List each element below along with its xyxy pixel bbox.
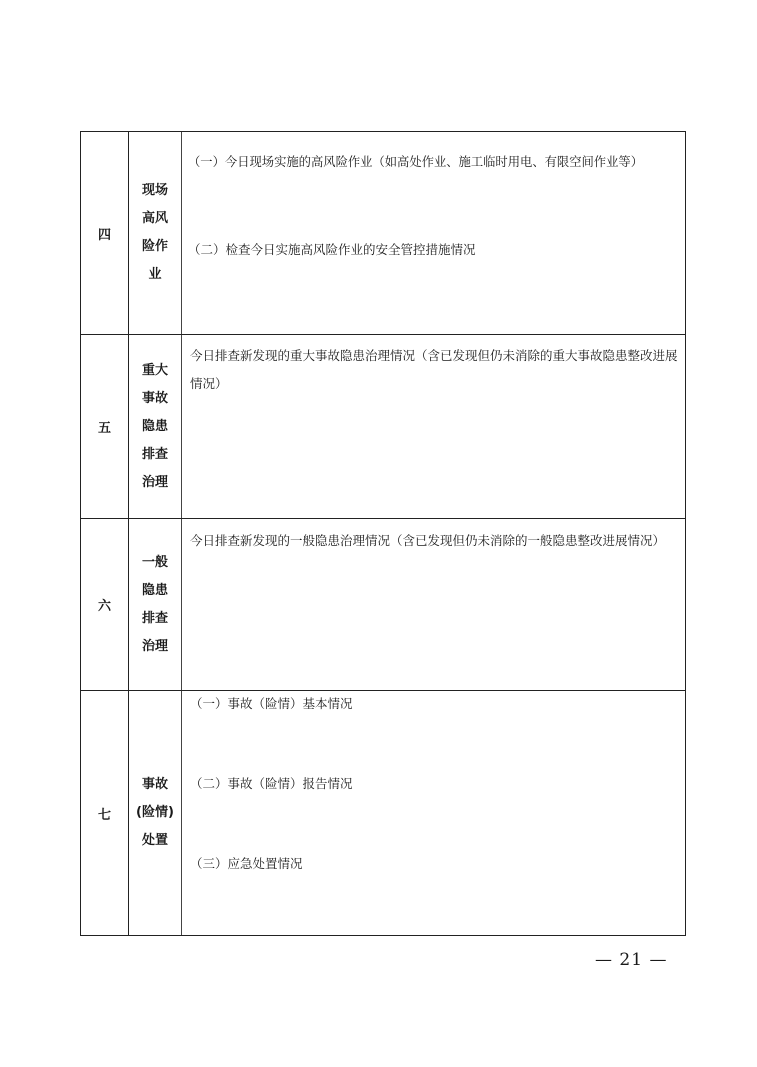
row-number: 七 <box>81 691 129 935</box>
category-line: 处置 <box>142 827 168 855</box>
row-number: 五 <box>81 335 129 518</box>
row-content: 今日排查新发现的重大事故隐患治理情况（含已发现但仍未消除的重大事故隐患整改进展情… <box>182 335 685 518</box>
row-content: 今日排查新发现的一般隐患治理情况（含已发现但仍未消除的一般隐患整改进展情况） <box>182 519 685 690</box>
content-item: （一）今日现场实施的高风险作业（如高处作业、施工临时用电、有限空间作业等） <box>188 148 679 176</box>
row-number: 四 <box>81 132 129 334</box>
row-category: 一般 隐患 排查 治理 <box>129 519 182 690</box>
row-category: 现场 高风 险作 业 <box>129 132 182 334</box>
table-row-5: 五 重大 事故 隐患 排查 治理 今日排查新发现的重大事故隐患治理情况（含已发现… <box>81 334 685 518</box>
content-item: （一）事故（险情）基本情况 <box>190 690 679 718</box>
table-row-4: 四 现场 高风 险作 业 （一）今日现场实施的高风险作业（如高处作业、施工临时用… <box>81 132 685 334</box>
content-item: （二）事故（险情）报告情况 <box>190 770 679 798</box>
row-content: （一）今日现场实施的高风险作业（如高处作业、施工临时用电、有限空间作业等） （二… <box>182 132 685 334</box>
table-row-6: 六 一般 隐患 排查 治理 今日排查新发现的一般隐患治理情况（含已发现但仍未消除… <box>81 518 685 690</box>
content-item: 今日排查新发现的重大事故隐患治理情况（含已发现但仍未消除的重大事故隐患整改进展情… <box>190 342 679 398</box>
content-item: （三）应急处置情况 <box>190 850 679 878</box>
report-table: 四 现场 高风 险作 业 （一）今日现场实施的高风险作业（如高处作业、施工临时用… <box>80 131 686 936</box>
category-line: 隐患 <box>142 577 168 605</box>
page-number: — 21 — <box>595 950 667 970</box>
category-line: 一般 <box>142 549 168 577</box>
category-line: 高风 <box>142 205 168 233</box>
row-number: 六 <box>81 519 129 690</box>
category-line: 事故 <box>142 385 168 413</box>
content-item: 今日排查新发现的一般隐患治理情况（含已发现但仍未消除的一般隐患整改进展情况） <box>190 527 679 555</box>
category-line: 事故 <box>142 771 168 799</box>
category-line: 险作 <box>142 233 168 261</box>
category-line: 排查 <box>142 441 168 469</box>
category-line: 业 <box>148 261 161 289</box>
row-category: 重大 事故 隐患 排查 治理 <box>129 335 182 518</box>
category-line: 排查 <box>142 605 168 633</box>
category-line: 治理 <box>142 633 168 661</box>
row-content: （一）事故（险情）基本情况 （二）事故（险情）报告情况 （三）应急处置情况 <box>182 691 685 935</box>
row-category: 事故 (险情) 处置 <box>129 691 182 935</box>
category-line: 现场 <box>142 177 168 205</box>
content-item: （二）检查今日实施高风险作业的安全管控措施情况 <box>188 236 679 264</box>
category-line: 治理 <box>142 469 168 497</box>
category-line: 隐患 <box>142 413 168 441</box>
category-line: (险情) <box>136 799 174 827</box>
table-row-7: 七 事故 (险情) 处置 （一）事故（险情）基本情况 （二）事故（险情）报告情况… <box>81 690 685 935</box>
category-line: 重大 <box>142 357 168 385</box>
